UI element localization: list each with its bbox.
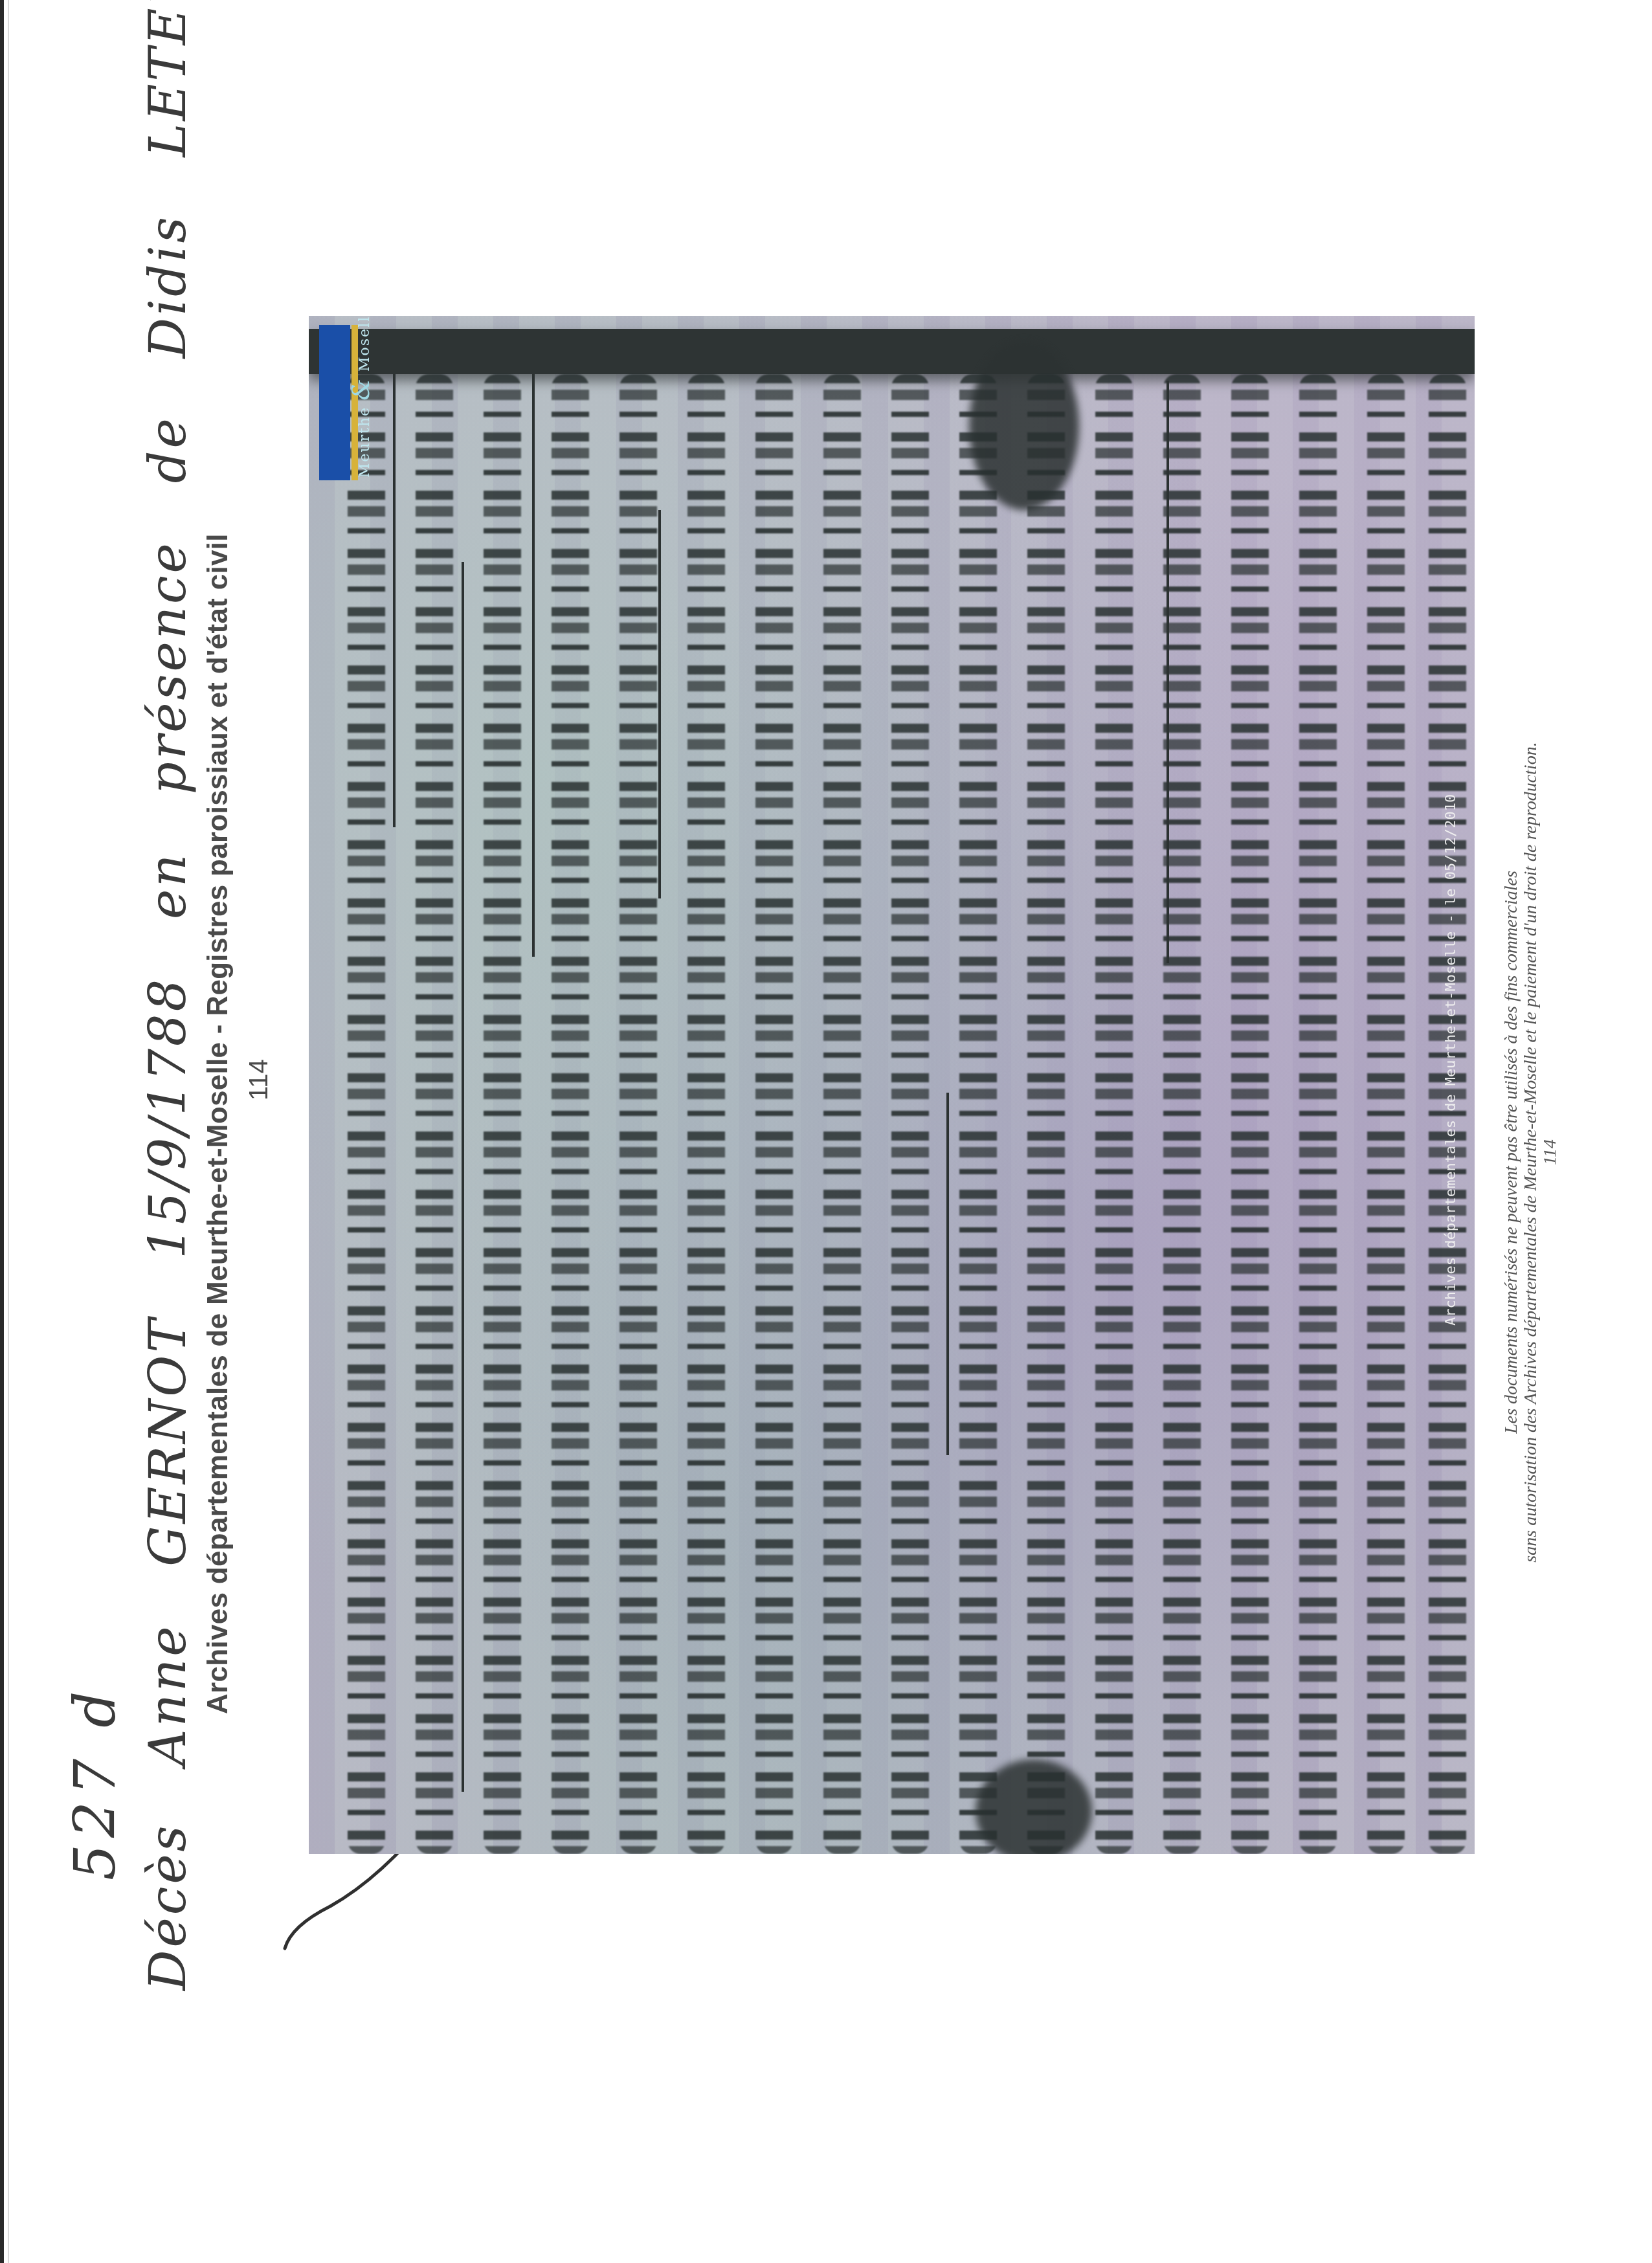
scan-watermark: Archives départementales de Meurthe-et-M…: [1443, 794, 1459, 1326]
reproduction-notice: Les documents numérisés ne peuvent pas ê…: [1502, 712, 1560, 1592]
annotation-word: Décès: [139, 1823, 197, 1990]
archive-title: Archives départementales de Meurthe-et-M…: [202, 533, 234, 1714]
annotation-word: Anne: [139, 1624, 197, 1766]
annotation-word: LETEUNE: [139, 0, 197, 157]
handwritten-annotation: Décès Anne GERNOT 15/9/1788 en présence …: [139, 0, 197, 1990]
notice-line-2: sans autorisation des Archives départeme…: [1521, 712, 1541, 1592]
scanner-edge-line: [8, 0, 9, 2263]
meurthe-moselle-logo: [319, 325, 350, 480]
annotation-word: GERNOT: [139, 1317, 197, 1566]
footer-page-number: 114: [1541, 712, 1560, 1592]
annotation-date: 15/9/1788: [139, 977, 197, 1259]
annotation-word: en: [139, 852, 197, 919]
register-scan: Meurthe & Moselle Archives départemental…: [309, 316, 1475, 1854]
annotation-word: de: [139, 416, 197, 483]
annotation-word: présence: [139, 541, 197, 794]
scanner-edge: [0, 0, 4, 2263]
page-number: 114: [245, 1059, 274, 1100]
notice-line-1: Les documents numérisés ne peuvent pas ê…: [1502, 712, 1521, 1592]
binding-shadow: [309, 329, 1475, 374]
annotation-word: Didis: [139, 214, 197, 358]
logo-text: Meurthe & Moselle: [346, 316, 375, 478]
handwritten-reference: 527 d: [61, 1685, 128, 1880]
